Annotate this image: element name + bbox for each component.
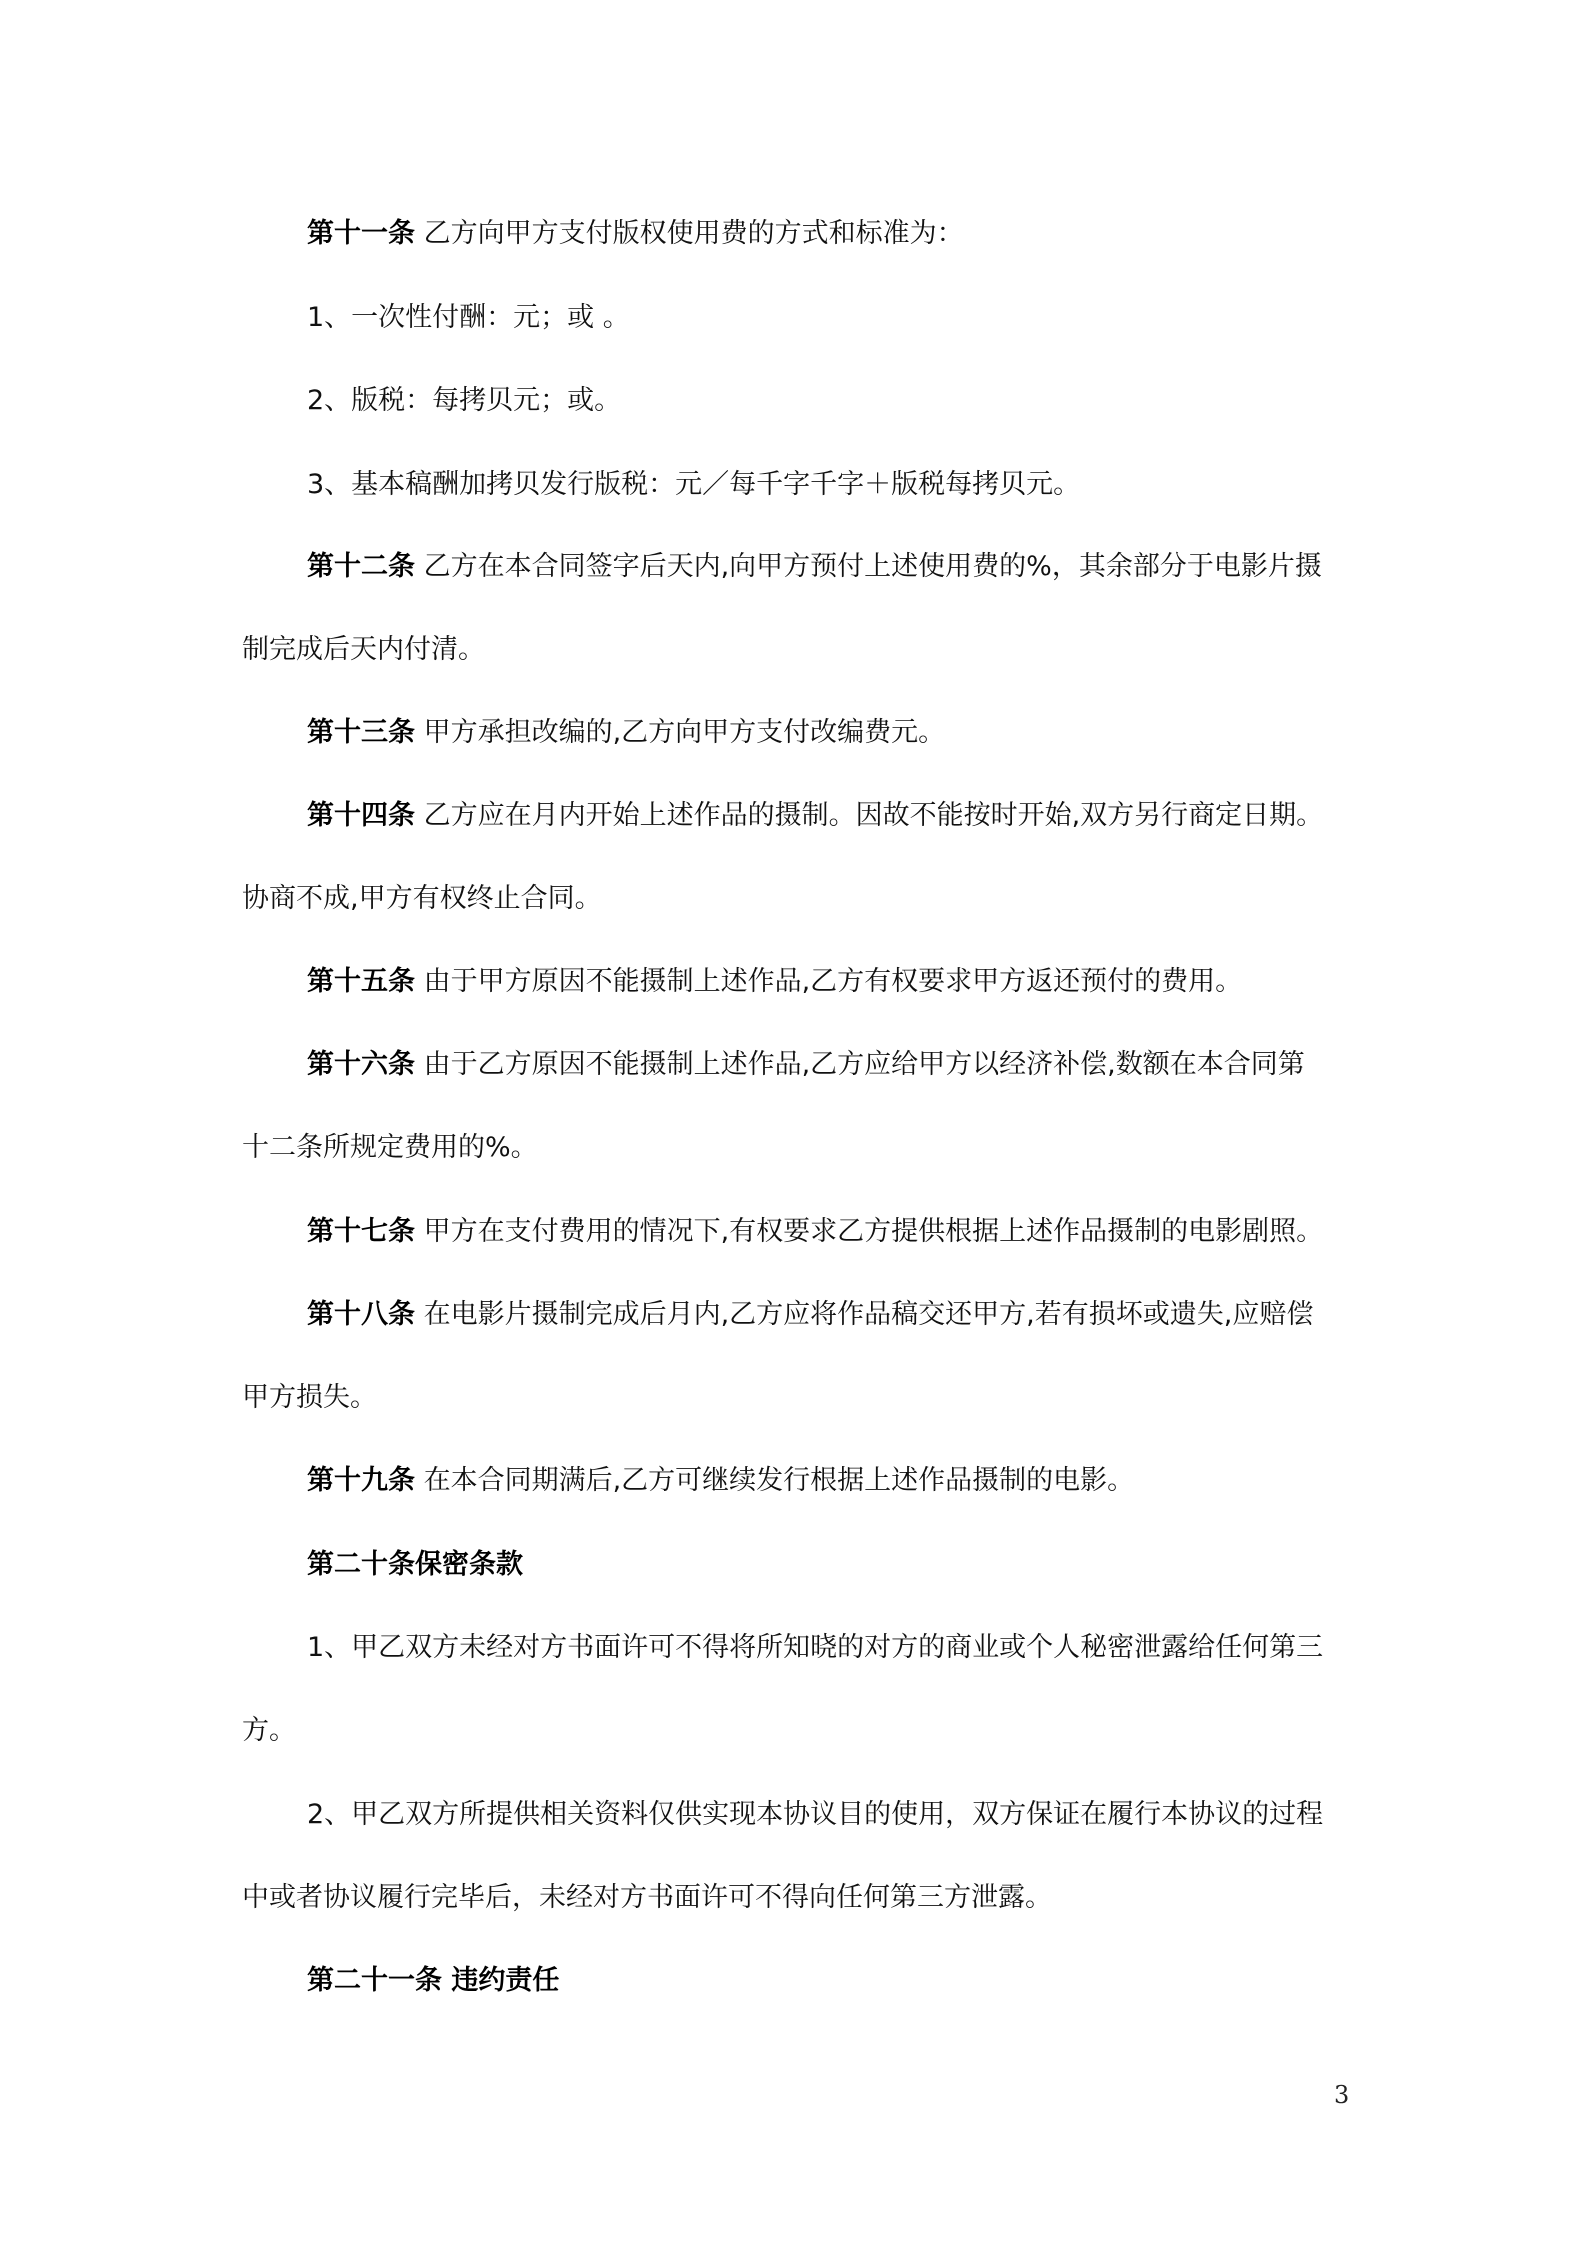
paragraph-line: 协商不成,甲方有权终止合同。 <box>242 879 602 919</box>
page-number: 3 <box>1334 2080 1349 2110</box>
article-line: 第十四条 乙方应在月内开始上述作品的摄制。因故不能按时开始,双方另行商定日期。 <box>307 796 1323 836</box>
article-text: 2、版税：每拷贝元；或。 <box>307 385 621 416</box>
paragraph-line: 中或者协议履行完毕后，未经对方书面许可不得向任何第三方泄露。 <box>242 1878 1052 1918</box>
paragraph-line: 方。 <box>242 1711 296 1751</box>
article-label: 第二十条保密条款 <box>307 1549 523 1580</box>
article-line: 第十六条 由于乙方原因不能摄制上述作品,乙方应给甲方以经济补偿,数额在本合同第 <box>307 1045 1305 1085</box>
article-text: 由于乙方原因不能摄制上述作品,乙方应给甲方以经济补偿,数额在本合同第 <box>415 1049 1305 1080</box>
article-text: 由于甲方原因不能摄制上述作品,乙方有权要求甲方返还预付的费用。 <box>415 966 1242 997</box>
paragraph-line: 2、版税：每拷贝元；或。 <box>307 381 621 421</box>
article-text: 协商不成,甲方有权终止合同。 <box>242 883 602 914</box>
article-text: 中或者协议履行完毕后，未经对方书面许可不得向任何第三方泄露。 <box>242 1882 1052 1913</box>
article-text: 3、基本稿酬加拷贝发行版税：元／每千字千字＋版税每拷贝元。 <box>307 469 1080 500</box>
article-text: 1、甲乙双方未经对方书面许可不得将所知晓的对方的商业或个人秘密泄露给任何第三 <box>307 1632 1323 1663</box>
article-label: 第十七条 <box>307 1216 415 1247</box>
article-label: 第二十一条 违约责任 <box>307 1965 559 1996</box>
article-line: 第十一条 乙方向甲方支付版权使用费的方式和标准为： <box>307 214 964 254</box>
article-label: 第十四条 <box>307 800 415 831</box>
article-line: 第十八条 在电影片摄制完成后月内,乙方应将作品稿交还甲方,若有损坏或遗失,应赔偿 <box>307 1295 1313 1335</box>
article-text: 1、一次性付酬：元；或 。 <box>307 302 630 333</box>
article-text: 甲方在支付费用的情况下,有权要求乙方提供根据上述作品摄制的电影剧照。 <box>415 1216 1323 1247</box>
article-line: 第二十条保密条款 <box>307 1545 523 1585</box>
article-text: 2、甲乙双方所提供相关资料仅供实现本协议目的使用，双方保证在履行本协议的过程 <box>307 1799 1323 1830</box>
article-label: 第十五条 <box>307 966 415 997</box>
paragraph-line: 2、甲乙双方所提供相关资料仅供实现本协议目的使用，双方保证在履行本协议的过程 <box>307 1795 1323 1835</box>
paragraph-line: 1、甲乙双方未经对方书面许可不得将所知晓的对方的商业或个人秘密泄露给任何第三 <box>307 1628 1323 1668</box>
paragraph-line: 十二条所规定费用的%。 <box>242 1128 538 1168</box>
article-line: 第十三条 甲方承担改编的,乙方向甲方支付改编费元。 <box>307 713 945 753</box>
article-line: 第十七条 甲方在支付费用的情况下,有权要求乙方提供根据上述作品摄制的电影剧照。 <box>307 1212 1323 1252</box>
article-text: 乙方应在月内开始上述作品的摄制。因故不能按时开始,双方另行商定日期。 <box>415 800 1323 831</box>
article-text: 甲方承担改编的,乙方向甲方支付改编费元。 <box>415 717 945 748</box>
article-text: 制完成后天内付清。 <box>242 634 485 665</box>
paragraph-line: 制完成后天内付清。 <box>242 630 485 670</box>
paragraph-line: 3、基本稿酬加拷贝发行版税：元／每千字千字＋版税每拷贝元。 <box>307 465 1080 505</box>
article-text: 方。 <box>242 1715 296 1746</box>
article-text: 乙方在本合同签字后天内,向甲方预付上述使用费的%，其余部分于电影片摄 <box>415 551 1322 582</box>
article-text: 在本合同期满后,乙方可继续发行根据上述作品摄制的电影。 <box>415 1465 1134 1496</box>
article-label: 第十一条 <box>307 218 415 249</box>
article-label: 第十二条 <box>307 551 415 582</box>
article-line: 第十五条 由于甲方原因不能摄制上述作品,乙方有权要求甲方返还预付的费用。 <box>307 962 1242 1002</box>
article-label: 第十九条 <box>307 1465 415 1496</box>
paragraph-line: 1、一次性付酬：元；或 。 <box>307 298 630 338</box>
article-line: 第十九条 在本合同期满后,乙方可继续发行根据上述作品摄制的电影。 <box>307 1461 1134 1501</box>
paragraph-line: 甲方损失。 <box>242 1378 377 1418</box>
article-label: 第十三条 <box>307 717 415 748</box>
article-text: 甲方损失。 <box>242 1382 377 1413</box>
article-text: 在电影片摄制完成后月内,乙方应将作品稿交还甲方,若有损坏或遗失,应赔偿 <box>415 1299 1313 1330</box>
article-line: 第十二条 乙方在本合同签字后天内,向甲方预付上述使用费的%，其余部分于电影片摄 <box>307 547 1322 587</box>
article-text: 十二条所规定费用的%。 <box>242 1132 538 1163</box>
article-label: 第十六条 <box>307 1049 415 1080</box>
document-page: 第十一条 乙方向甲方支付版权使用费的方式和标准为：1、一次性付酬：元；或 。2、… <box>0 0 1586 2244</box>
article-text: 乙方向甲方支付版权使用费的方式和标准为： <box>415 218 964 249</box>
article-line: 第二十一条 违约责任 <box>307 1961 559 2001</box>
article-label: 第十八条 <box>307 1299 415 1330</box>
